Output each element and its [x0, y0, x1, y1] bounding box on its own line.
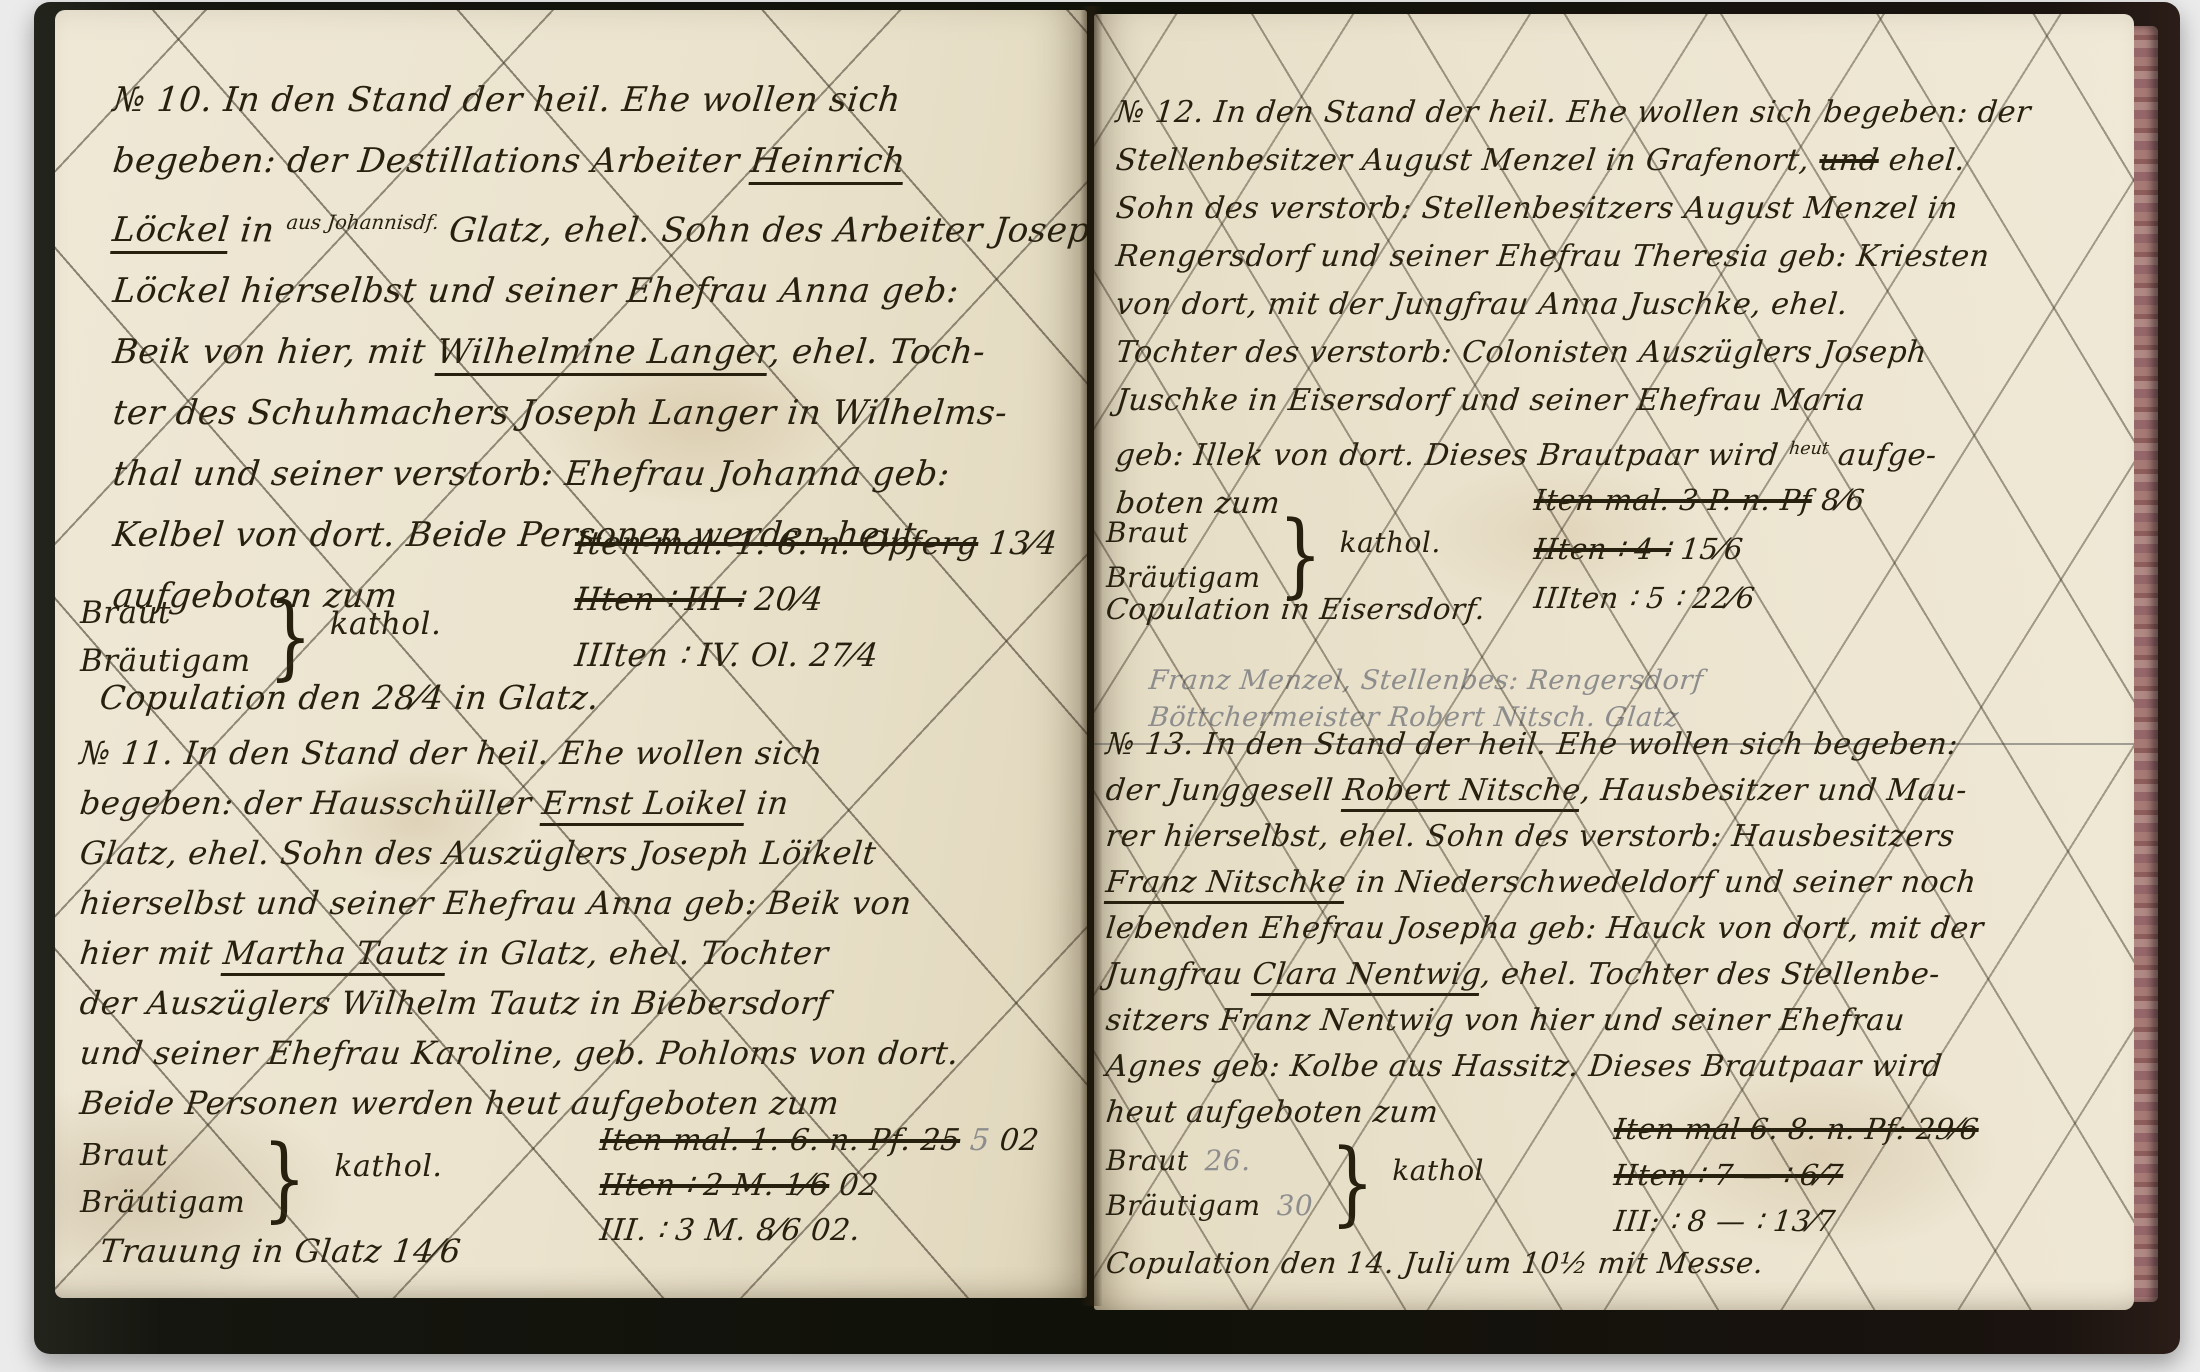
brautigam-age-pencil: 30: [1277, 1189, 1314, 1222]
brautigam-label: Bräutigam: [1106, 1189, 1261, 1222]
entry-13-body: № 13. In den Stand der heil. Ehe wollen …: [1106, 722, 1984, 1136]
entry-11-trauung-line: Trauung in Glatz 14⁄6: [100, 1232, 461, 1270]
religion-note: kathol.: [1340, 526, 1441, 585]
entry-12-labels: Braut Bräutigam } kathol.: [1106, 514, 1441, 597]
entry-11-labels: Braut Bräutigam } kathol.: [80, 1138, 442, 1221]
braut-age-pencil: 26.: [1204, 1144, 1250, 1177]
entry-10-copulation-line: Copulation den 28⁄4 in Glatz.: [100, 678, 599, 717]
entry-13-banns-rows: Iten mal 6. 8. n. Pf: 29⁄6IIten ∶ 7 — ∶ …: [1614, 1106, 1979, 1244]
entry-12-banns-rows: Iten mal. 3 P. n. Pf 8⁄6IIten ∶ 4 ∶ 15⁄6…: [1534, 476, 1865, 623]
braut-label: Braut: [80, 1138, 245, 1173]
brace-glyph: }: [1331, 1142, 1375, 1225]
braut-label: Braut: [1106, 516, 1261, 549]
entry-13-copulation-line: Copulation den 14. Juli um 10½ mit Messe…: [1106, 1246, 1764, 1280]
entry-13-labels: Braut 26. Bräutigam 30 } kathol: [1106, 1142, 1484, 1225]
entry-11-banns-rows: Iten mal. 1. 6. n. Pf. 25 5 02IIten ∶ 2 …: [600, 1118, 1039, 1253]
entry-10-labels: Braut Bräutigam } kathol.: [80, 595, 441, 679]
brace-glyph: }: [263, 1138, 307, 1221]
entry-11-body: № 11. In den Stand der heil. Ehe wollen …: [80, 728, 959, 1128]
religion-note: kathol.: [330, 606, 442, 668]
brace-glyph: }: [1278, 514, 1322, 597]
braut-label: Braut: [80, 595, 251, 631]
brautigam-label: Bräutigam: [1106, 561, 1261, 594]
brace-glyph: }: [268, 596, 312, 679]
right-page: № 12. In den Stand der heil. Ehe wollen …: [1094, 14, 2134, 1310]
book-gutter: [1080, 6, 1102, 1306]
entry-10-banns-rows: Iten mal. 1. 6. n. Opferg 13⁄4IIten ∶ II…: [575, 515, 1057, 683]
left-page: № 10. In den Stand der heil. Ehe wollen …: [55, 10, 1087, 1298]
braut-label: Braut: [1106, 1144, 1188, 1177]
entry-12-copulation-line: Copulation in Eisersdorf.: [1106, 592, 1485, 626]
religion-note: kathol.: [334, 1149, 442, 1210]
register-spread: № 10. In den Stand der heil. Ehe wollen …: [0, 0, 2200, 1372]
brautigam-label: Bräutigam: [80, 1185, 245, 1220]
brautigam-label: Bräutigam: [80, 643, 251, 679]
entry-12-body: № 12. In den Stand der heil. Ehe wollen …: [1116, 89, 2031, 528]
religion-note: kathol: [1392, 1154, 1484, 1213]
